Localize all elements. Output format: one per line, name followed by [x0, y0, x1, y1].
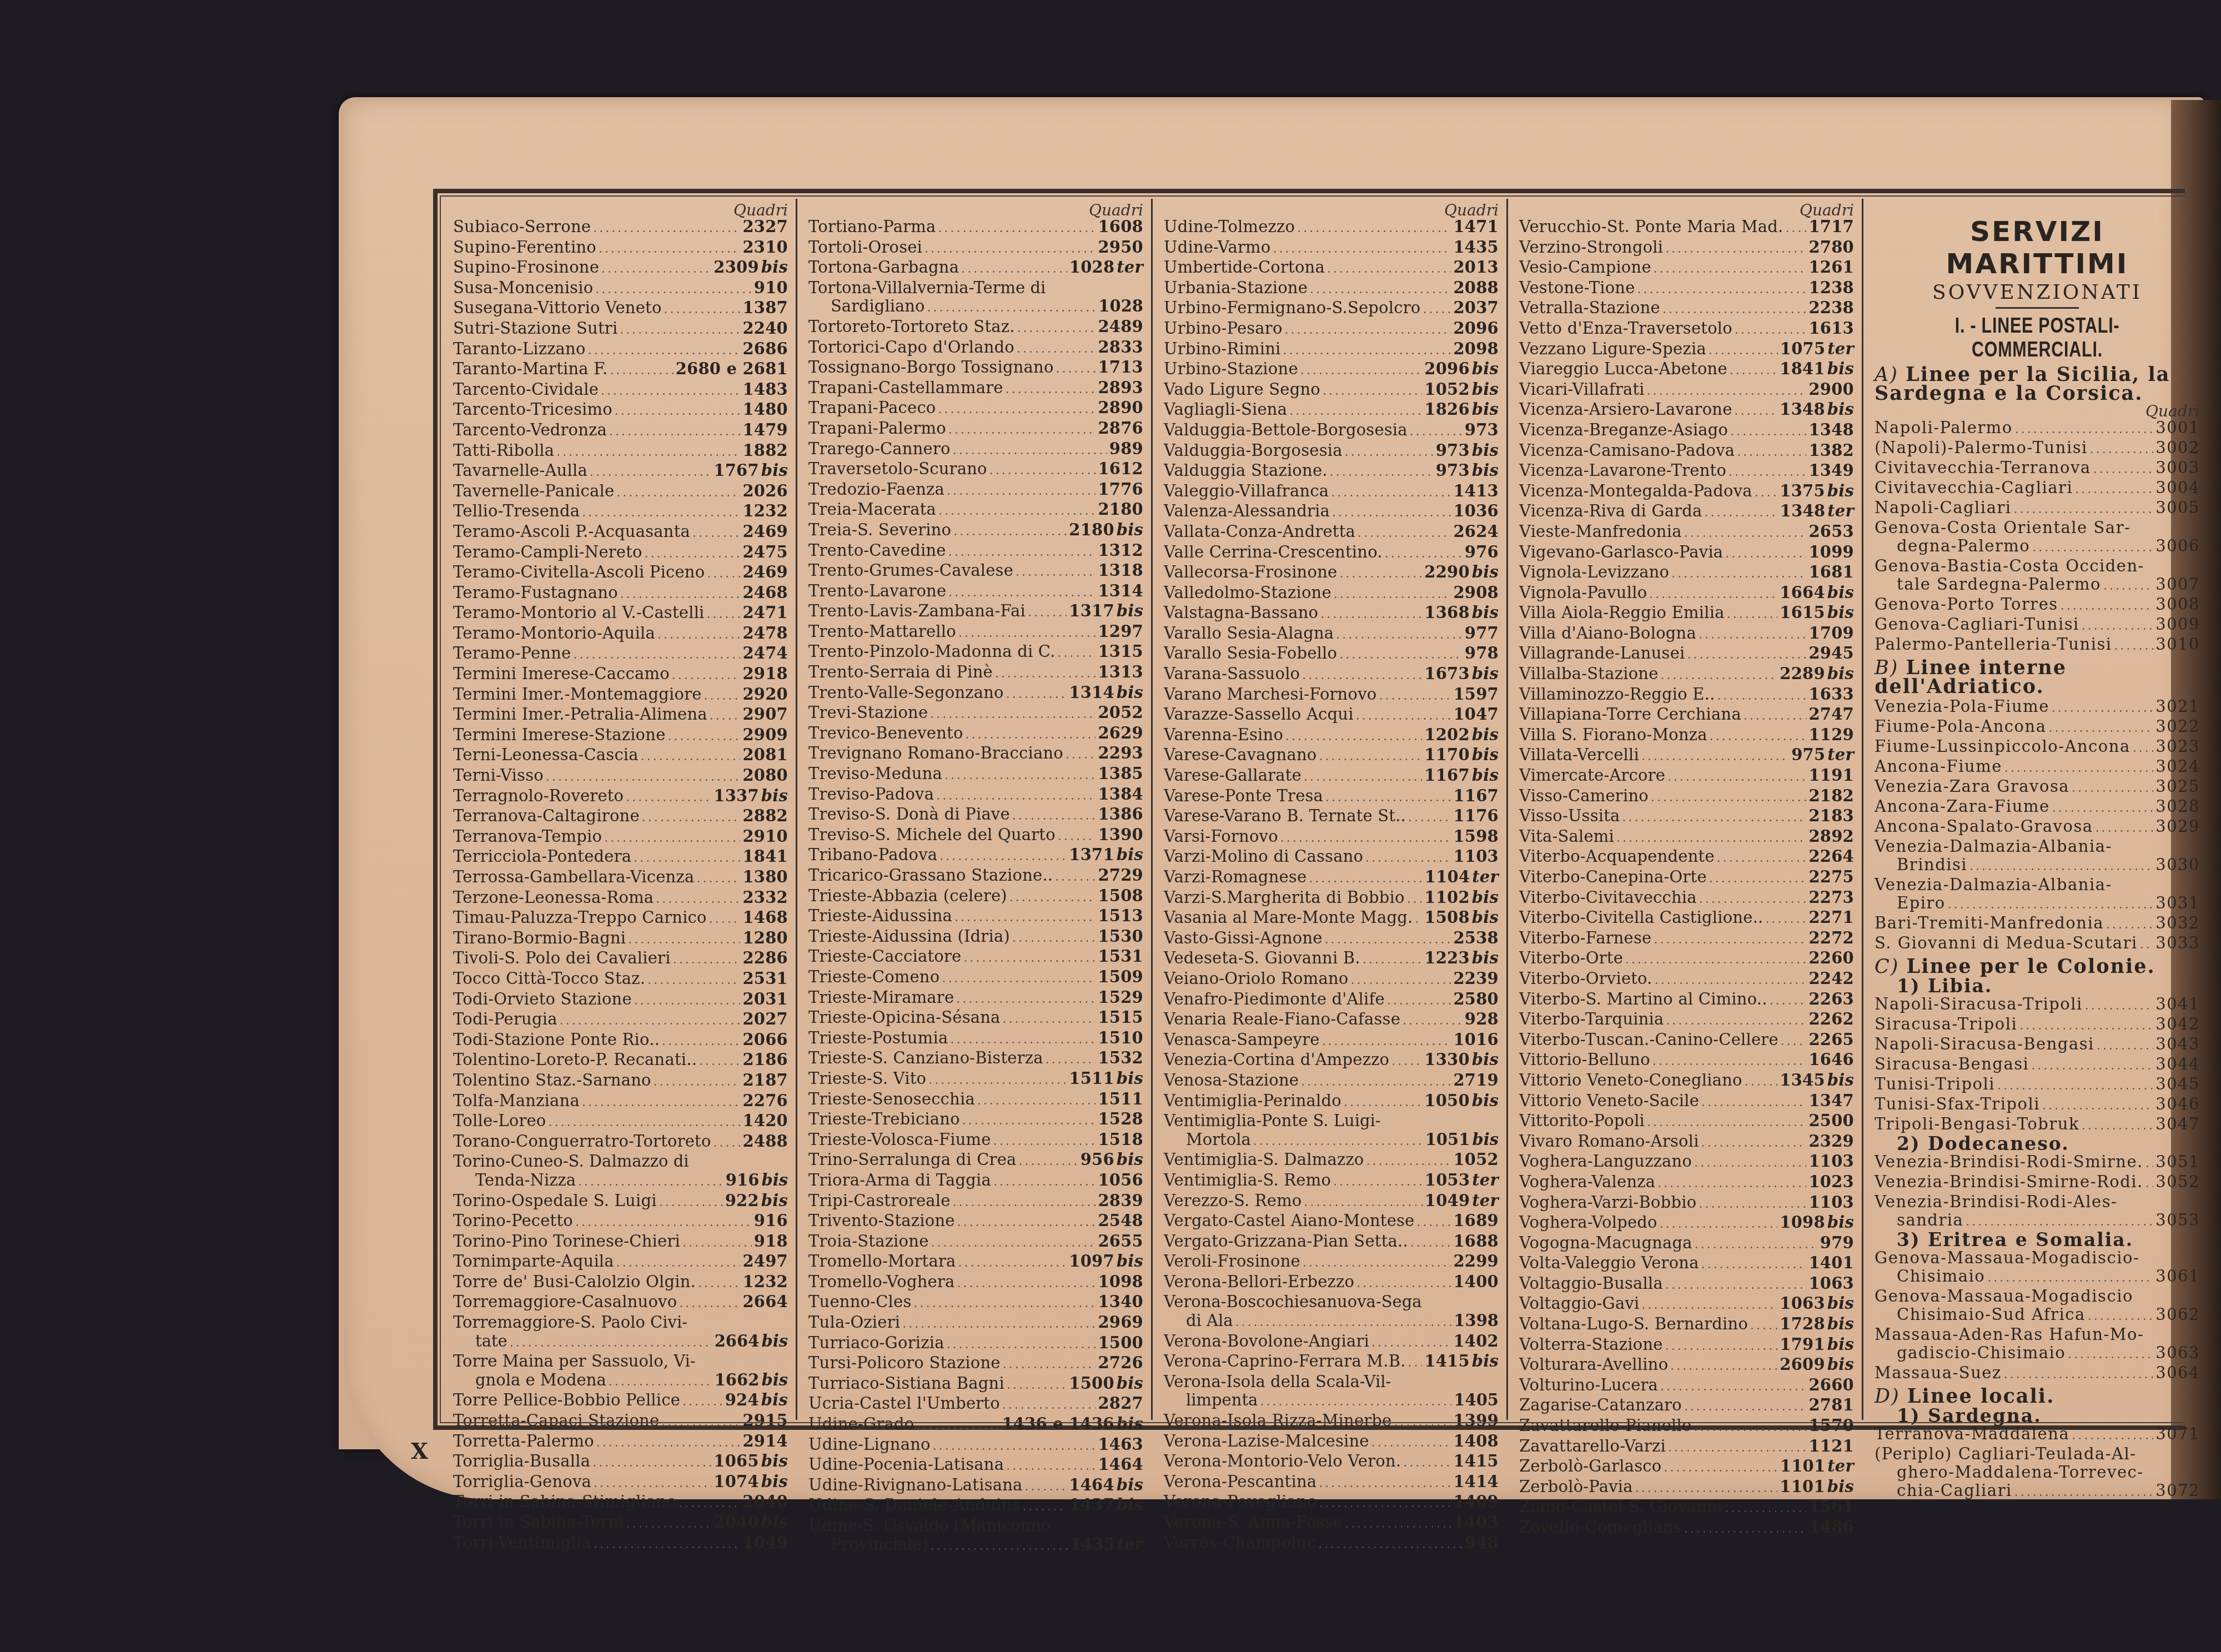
leader-dots: [626, 1515, 711, 1534]
index-entry: Napoli-Cagliari3005: [1875, 499, 2200, 519]
entry-name: Zavattarello-Varzi: [1519, 1437, 1666, 1456]
entry-table-number: 3033: [2155, 934, 2200, 952]
leader-dots: [1345, 1515, 1451, 1534]
entry-table-number: 2908: [1453, 584, 1499, 602]
leader-dots: [1622, 809, 1807, 827]
index-entry: Tuenno-Cles1340: [808, 1293, 1143, 1313]
leader-dots: [953, 1193, 1096, 1212]
entry-suffix: bis: [1472, 1092, 1499, 1111]
entry-table-number: 1597: [1453, 685, 1499, 704]
leader-dots: [2145, 1154, 2153, 1173]
leader-dots: [645, 545, 741, 564]
entry-name: Vedeseta-S. Giovanni B.: [1164, 949, 1360, 968]
leader-dots: [1730, 423, 1806, 441]
index-entry: Valledolmo-Stazione2908: [1164, 584, 1499, 604]
index-entry: Viterbo-Tarquinia2262: [1519, 1010, 1854, 1031]
leader-dots: [1655, 971, 1807, 990]
entry-name: Palermo-Pantelleria-Tunisi: [1875, 635, 2112, 654]
entry-table-number: 2531: [742, 970, 788, 988]
index-entry: Terni-Leonessa-Cascia2081: [453, 746, 788, 766]
index-entry: Trapani-Paceco2890: [808, 399, 1143, 419]
entry-suffix: bis: [1472, 380, 1499, 399]
leader-dots: [2140, 936, 2153, 954]
entry-name: Verzino-Strongoli: [1519, 238, 1663, 257]
entry-name: Viterbo-Tuscan.-Canino-Cellere: [1519, 1031, 1778, 1050]
leader-dots: [1028, 604, 1067, 622]
index-entry: Tavarnelle-Aulla1767bis: [453, 461, 788, 482]
entry-name: Venezia-Dalmazia-Albania-: [1875, 837, 2200, 856]
entry-table-number: 1530: [1098, 927, 1143, 946]
column-header-quadri: Quadri: [453, 203, 788, 218]
index-entry: Verona-S. Anna-Fosse1403: [1164, 1513, 1499, 1534]
leader-dots: [1737, 443, 1806, 462]
entry-table-number: 2918: [742, 665, 788, 684]
index-entry: Trieste-Aidussina1513: [808, 907, 1143, 927]
index-entry: Varese-Gallarate1167bis: [1164, 766, 1499, 787]
entry-table-number: 1371: [1069, 846, 1114, 865]
index-entry: Tarcento-Cividale1483: [453, 380, 788, 401]
entry-table-number: 2950: [1098, 238, 1143, 257]
leader-dots: [1699, 890, 1807, 909]
index-entry: Tromello-Voghera1098: [808, 1273, 1143, 1293]
entry-table-number: 2264: [1808, 847, 1854, 866]
entry-table-number: 1413: [1453, 482, 1499, 501]
entry-table-number: 1238: [1808, 279, 1854, 298]
index-entry: Genova-Costa Orientale Sar-degna-Palermo…: [1875, 519, 2200, 557]
maritime-group-heading: D) Linee locali.: [1875, 1387, 2200, 1406]
entry-name: Varsi-Fornovo: [1164, 827, 1278, 846]
index-entry: Visso-Camerino2182: [1519, 787, 1854, 807]
entry-table-number: 1437: [1069, 1496, 1114, 1515]
leader-dots: [2015, 420, 2153, 439]
leader-dots: [1786, 219, 1807, 238]
entry-table-number: 1598: [1453, 827, 1499, 846]
entry-table-number: 1056: [1098, 1171, 1143, 1190]
leader-dots: [1654, 260, 1807, 279]
leader-dots: [966, 726, 1096, 745]
entry-name: Siracusa-Tripoli: [1875, 1015, 2017, 1033]
entry-name: Venezia-Brindisi-Smirne-Rodi.: [1875, 1173, 2143, 1191]
leader-dots: [656, 890, 740, 909]
entry-name: Ucria-Castel l'Umberto: [808, 1394, 1000, 1413]
index-entry: Tortiano-Parma1608: [808, 218, 1143, 238]
maritime-title: SERVIZI MARITTIMI: [1875, 215, 2200, 280]
leader-dots: [1327, 260, 1451, 279]
leader-dots: [595, 280, 752, 299]
leader-dots: [1403, 1012, 1463, 1031]
entry-name-continued: Mortola: [1186, 1131, 1251, 1149]
index-entry: Trieste-S. Vito1511bis: [808, 1069, 1143, 1090]
entry-table-number: 1464: [1069, 1476, 1114, 1495]
entry-name: Trieste-Senosecchia: [808, 1090, 975, 1109]
maritime-subgroup-heading: 2) Dodecaneso.: [1875, 1135, 2200, 1153]
entry-name: Varese-Ponte Tresa: [1164, 787, 1323, 806]
entry-name: Torriglia-Genova: [453, 1473, 591, 1492]
leader-dots: [573, 646, 740, 665]
index-entry: Volturino-Lucera2660: [1519, 1376, 1854, 1397]
entry-name-continued: Sardigliano1028: [808, 297, 1143, 318]
maritime-groups: A) Linee per la Sicilia, la Sardegna e l…: [1875, 365, 2200, 1502]
leader-dots: [1671, 565, 1806, 584]
entry-name: Vesio-Campione: [1519, 258, 1651, 277]
index-entry: Teramo-Ascoli P.-Acquasanta2469: [453, 523, 788, 543]
entry-table-number: 1340: [1098, 1293, 1143, 1312]
leader-dots: [938, 400, 1096, 419]
entry-table-number: 2327: [742, 218, 788, 237]
index-entry: Ventimiglia-Perinaldo1050bis: [1164, 1092, 1499, 1112]
leader-dots: [1699, 1195, 1806, 1214]
index-entry: Vittorio-Belluno1646: [1519, 1051, 1854, 1071]
index-entry: Villapiana-Torre Cerchiana2747: [1519, 705, 1854, 726]
entry-table-number: 3005: [2155, 499, 2200, 517]
entry-table-number: 2907: [742, 705, 788, 724]
entry-table-number: 1051: [1425, 1131, 1470, 1149]
entry-table-number: 1315: [1098, 642, 1143, 661]
entry-suffix: bis: [1472, 665, 1499, 684]
entry-name: Tornimparte-Aquila: [453, 1252, 614, 1271]
entry-suffix: bis: [761, 258, 788, 277]
entry-name: Turriaco-Gorizia: [808, 1334, 944, 1353]
entry-table-number: 1098: [1098, 1273, 1143, 1292]
entry-name: Valduggia-Bettole-Borgosesia: [1164, 421, 1408, 440]
leader-dots: [616, 484, 740, 503]
leader-dots: [1694, 1154, 1806, 1173]
entry-table-number: 1368: [1424, 604, 1470, 622]
index-entry: Supino-Frosinone2309bis: [453, 258, 788, 279]
entry-table-number: 2876: [1098, 419, 1143, 438]
entry-name: Torino-Pino Torinese-Chieri: [453, 1232, 680, 1251]
entry-name-continued: degna-Palermo3006: [1875, 537, 2200, 557]
entry-suffix: bis: [1827, 1355, 1854, 1374]
index-entry: Termini Imer.-Petralia-Alimena2907: [453, 705, 788, 726]
entry-name: Udine-Lignano: [808, 1435, 931, 1454]
index-entry: Siracusa-Tripoli3042: [1875, 1015, 2200, 1035]
entry-name: Viterbo-Orte: [1519, 949, 1623, 968]
entry-table-number: 3032: [2155, 914, 2200, 932]
entry-name: Terragnolo-Rovereto: [453, 787, 624, 806]
leader-dots: [2052, 699, 2153, 717]
entry-table-number: 2655: [1098, 1232, 1143, 1251]
index-entry: Genova-Massaua-Mogadiscio-Chisimaio3061: [1875, 1249, 2200, 1287]
entry-table-number: 977: [1465, 624, 1499, 643]
index-entry: Vergato-Grizzana-Pian Setta..1688: [1164, 1232, 1499, 1253]
index-entry: Trieste-Postumia1510: [808, 1029, 1143, 1050]
entry-table-number: 1103: [1808, 1152, 1854, 1171]
leader-dots: [1002, 1396, 1096, 1415]
leader-dots: [2090, 440, 2153, 459]
index-entry: Tatti-Ribolla1882: [453, 441, 788, 462]
index-entry: Varese-Varano B. Ternate St..1176: [1164, 807, 1499, 827]
entry-table-number: 1436 e 1436: [1002, 1415, 1114, 1434]
index-entry: Treia-Macerata2180: [808, 500, 1143, 521]
leader-dots: [1303, 1254, 1451, 1273]
entry-name-continued: sandria: [1897, 1211, 1963, 1229]
index-entry: Vesio-Campione1261: [1519, 258, 1854, 279]
entry-name: Napoli-Palermo: [1875, 419, 2013, 437]
leader-dots: [1668, 1439, 1806, 1458]
index-entry: Valduggia-Bettole-Borgosesia973: [1164, 421, 1499, 441]
index-entry: Ancona-Zara-Fiume3028: [1875, 797, 2200, 817]
leader-dots: [961, 260, 1067, 279]
entry-table-number: 1049: [1425, 1192, 1470, 1211]
index-entry: Trento-Cavedine1312: [808, 541, 1143, 562]
leader-dots: [2093, 460, 2154, 479]
leader-dots: [647, 971, 740, 990]
index-entry: Tossignano-Borgo Tossignano1713: [808, 358, 1143, 379]
entry-name-continued: sandria3053: [1875, 1211, 2200, 1231]
entry-name: Tromello-Mortara: [808, 1252, 956, 1271]
entry-table-number: 3010: [2155, 635, 2200, 654]
entry-name-continued: chia-Cagliari: [1897, 1482, 2012, 1500]
entry-table-number: 1102: [1424, 888, 1470, 907]
entry-name-continued: Epiro: [1897, 894, 1946, 912]
leader-dots: [1664, 1459, 1777, 1478]
entry-name: Torri in Sabina-Stimigliano: [453, 1493, 676, 1512]
index-entry: Vogogna-Macugnaga979: [1519, 1234, 1854, 1254]
entry-name: Verona-S. Anna-Fosse: [1164, 1513, 1343, 1532]
leader-dots: [1023, 1498, 1067, 1517]
index-entry: Venafro-Piedimonte d'Alife2580: [1164, 990, 1499, 1011]
entry-suffix: bis: [1117, 1252, 1143, 1271]
entry-name-continued: Brindisi3030: [1875, 856, 2200, 876]
index-table-frame: Quadri Subiaco-Serrone2327Supino-Ferenti…: [433, 189, 2185, 1430]
index-entry: Tortoli-Orosei2950: [808, 238, 1143, 259]
leader-dots: [1687, 646, 1807, 665]
index-entry: Trapani-Palermo2876: [808, 419, 1143, 440]
entry-table-number: 3043: [2155, 1035, 2200, 1053]
maritime-subgroup-heading: 1) Libia.: [1875, 977, 2200, 995]
entry-table-number: 1415: [1424, 1352, 1470, 1371]
entry-table-number: 3001: [2155, 419, 2200, 437]
entry-table-number: 973: [1465, 421, 1499, 440]
leader-dots: [1415, 910, 1422, 929]
entry-suffix: bis: [1827, 400, 1854, 419]
entry-table-number: 948: [1465, 1534, 1499, 1553]
leader-dots: [1755, 484, 1777, 503]
entry-name: Napoli-Siracusa-Tripoli: [1875, 995, 2083, 1013]
index-entry: Trento-Lavarone1314: [808, 582, 1143, 602]
entry-name: Tellio-Tresenda: [453, 502, 580, 521]
index-entry: Verezzo-S. Remo1049ter: [1164, 1192, 1499, 1212]
entry-name: Varzi-Molino di Cassano: [1164, 847, 1363, 866]
entry-table-number: 922: [725, 1192, 759, 1211]
entry-name: Vicari-Villafrati: [1519, 380, 1645, 399]
index-entry: Treviso-Padova1384: [808, 785, 1143, 806]
maritime-subtitle: SOVVENZIONATI: [1875, 281, 2200, 304]
leader-dots: [1735, 402, 1778, 421]
entry-table-number: 1028: [1069, 258, 1115, 277]
entry-table-number: 1297: [1098, 622, 1143, 641]
entry-suffix: bis: [1827, 1294, 1854, 1313]
group-letter: A): [1875, 364, 1906, 386]
entry-name: Torre de' Busi-Calolzio Olgin.: [453, 1273, 696, 1292]
entry-table-number: 1664: [1780, 584, 1825, 602]
entry-name: Villa S. Fiorano-Monza: [1519, 726, 1707, 745]
index-entry: Trieste-Trebiciano1528: [808, 1110, 1143, 1131]
entry-table-number: 3003: [2155, 459, 2200, 477]
entry-table-number: 1028: [1098, 297, 1143, 316]
index-entry: Varsi-Fornovo1598: [1164, 827, 1499, 848]
leader-dots: [1325, 931, 1451, 950]
index-entry: Teramo-Montorio al V.-Castelli2471: [453, 604, 788, 624]
entry-name: Udine-Grado: [808, 1415, 914, 1434]
index-entry: Udine-S. Osvaldo (ManicomioProvinciale)1…: [808, 1517, 1143, 1555]
entry-table-number: 2680 e 2681: [676, 360, 788, 379]
leader-dots: [1394, 1413, 1451, 1432]
entry-suffix: bis: [1117, 846, 1143, 865]
entry-name: Tromello-Voghera: [808, 1273, 955, 1292]
leader-dots: [1781, 1032, 1807, 1051]
index-entry: Massaua-Aden-Ras Hafun-Mo-gadiscio-Chisi…: [1875, 1325, 2200, 1364]
leader-dots: [1055, 868, 1096, 887]
index-entry: Viterbo-Civitella Castiglione..2271: [1519, 908, 1854, 929]
leader-dots: [682, 1393, 723, 1412]
index-entry: Vimercate-Arcore1191: [1519, 766, 1854, 787]
entry-table-number: 975: [1791, 746, 1825, 765]
index-entry: Valduggia Stazione.973bis: [1164, 461, 1499, 482]
entry-table-number: 1349: [1808, 461, 1854, 480]
entry-table-number: 1681: [1808, 563, 1854, 582]
leader-dots: [977, 1092, 1096, 1111]
entry-suffix: bis: [1827, 1213, 1854, 1232]
entry-name: Valle Cerrina-Crescentino.: [1164, 543, 1383, 562]
leader-dots: [609, 423, 740, 441]
entry-table-number: 916: [726, 1171, 760, 1190]
index-entry: Trieste-Opicina-Sésana1515: [808, 1008, 1143, 1029]
leader-dots: [1066, 746, 1096, 765]
entry-table-number: 1531: [1098, 947, 1143, 966]
index-entry: Vigevano-Garlasco-Pavia1099: [1519, 543, 1854, 564]
entry-suffix: bis: [761, 1332, 788, 1351]
leader-dots: [662, 1032, 740, 1051]
index-entry: Subiaco-Serrone2327: [453, 218, 788, 238]
entry-name: Verucchio-St. Ponte Maria Mad.: [1519, 218, 1783, 237]
index-entry: Valenza-Alessandria1036: [1164, 502, 1499, 523]
index-entry: Genova-Porto Torres3008: [1875, 595, 2200, 615]
entry-table-number: 2052: [1098, 704, 1143, 722]
leader-dots: [1300, 361, 1423, 380]
entry-name-continued: Chisimaio3061: [1875, 1267, 2200, 1287]
leader-dots: [1730, 361, 1777, 380]
entry-name: Trento-Mattarello: [808, 622, 956, 641]
index-entry: Vicenza-Breganze-Asiago1348: [1519, 421, 1854, 441]
index-entry: Ventimiglia-Ponte S. Luigi-Mortola1051bi…: [1164, 1112, 1499, 1151]
index-entry: Urbino-Fermignano-S.Sepolcro2037: [1164, 299, 1499, 319]
entry-name-continued: Sardigliano: [831, 297, 924, 316]
index-entry: Verona-Boscochiesanuova-Segadi Ala1398: [1164, 1293, 1499, 1332]
index-entry: Massaua-Suez3064: [1875, 1364, 2200, 1384]
entry-name: Massaua-Aden-Ras Hafun-Mo-: [1875, 1325, 2200, 1344]
entry-name: Vallata-Conza-Andretta: [1164, 523, 1355, 541]
index-entry: Villa Aiola-Reggio Emilia1615bis: [1519, 604, 1854, 624]
entry-name: Verezzo-S. Remo: [1164, 1192, 1302, 1211]
leader-dots: [1331, 484, 1451, 503]
entry-name: Voghera-Varzi-Bobbio: [1519, 1193, 1696, 1212]
entry-name: Vogogna-Macugnaga: [1519, 1234, 1692, 1253]
entry-table-number: 1508: [1098, 887, 1143, 906]
entry-name: Trieste-Aidussina: [808, 907, 952, 926]
leader-dots: [1235, 1313, 1452, 1332]
entry-name: Voghera-Languzzano: [1519, 1152, 1692, 1171]
leader-dots: [582, 1093, 741, 1112]
entry-name: Villalba-Stazione: [1519, 665, 1659, 684]
entry-name: Zerbolò-Garlasco: [1519, 1457, 1661, 1476]
index-entry: Zavattarello-Pianello1570: [1519, 1417, 1854, 1437]
entry-name: Tossignano-Borgo Tossignano: [808, 358, 1054, 377]
entry-suffix: bis: [1472, 563, 1499, 582]
leader-dots: [1006, 380, 1096, 399]
entry-name: Teramo-Ascoli P.-Acquasanta: [453, 523, 690, 541]
index-entry: Visso-Ussita2183: [1519, 807, 1854, 827]
entry-table-number: 1435: [1070, 1535, 1115, 1554]
entry-table-number: 1561: [1808, 1498, 1854, 1517]
leader-dots: [1012, 807, 1096, 826]
entry-suffix: bis: [1472, 1352, 1499, 1371]
leader-dots: [1339, 646, 1463, 665]
entry-table-number: 3030: [2155, 856, 2200, 874]
leader-dots: [2004, 759, 2153, 777]
leader-dots: [1323, 382, 1422, 401]
leader-dots: [620, 321, 740, 340]
index-entry: Terni-Visso2080: [453, 766, 788, 787]
index-entry: Vado Ligure Segno1052bis: [1164, 380, 1499, 401]
leader-dots: [1322, 1032, 1451, 1051]
entry-table-number: 924: [725, 1391, 759, 1410]
leader-dots: [1016, 563, 1096, 582]
entry-name: Triora-Arma di Taggia: [808, 1171, 991, 1190]
entry-table-number: 3024: [2155, 757, 2200, 776]
leader-dots: [1297, 219, 1451, 238]
index-entry: Tula-Ozieri2969: [808, 1313, 1143, 1334]
entry-name: Treia-S. Severino: [808, 521, 951, 540]
index-entry: Tribano-Padova1371bis: [808, 846, 1143, 866]
entry-table-number: 2893: [1098, 379, 1143, 398]
index-entry: Udine-Grado1436 e 1436bis: [808, 1415, 1143, 1435]
index-entry: Torretta-Palermo2914: [453, 1432, 788, 1453]
leader-dots: [682, 1234, 752, 1253]
entry-name: Tula-Ozieri: [808, 1313, 900, 1332]
entry-table-number: 2686: [742, 340, 788, 359]
entry-table-number: 2040: [713, 1513, 759, 1532]
leader-dots: [546, 768, 741, 787]
leader-dots: [592, 1454, 711, 1473]
index-entry: Vittorio Veneto-Sacile1347: [1519, 1092, 1854, 1112]
index-entry: Varese-Cavagnano1170bis: [1164, 746, 1499, 766]
index-entry: Tarcento-Tricesimo1480: [453, 400, 788, 421]
index-entry: Viterbo-Canepina-Orte2275: [1519, 868, 1854, 888]
leader-dots: [1260, 1393, 1451, 1412]
entry-name-continued: gnola e Modena: [475, 1371, 606, 1390]
entry-table-number: 1052: [1453, 1151, 1499, 1169]
entry-suffix: bis: [1472, 360, 1499, 379]
entry-table-number: 3042: [2155, 1015, 2200, 1033]
entry-suffix: bis: [1472, 1051, 1499, 1069]
leader-dots: [2061, 597, 2153, 615]
entry-name: Ancona-Zara-Fiume: [1875, 797, 2050, 816]
entry-name: Trieste-S. Vito: [808, 1069, 926, 1088]
entry-table-number: 1065: [713, 1452, 759, 1471]
entry-name: Venezia-Zara Gravosa: [1875, 777, 2069, 796]
leader-dots: [958, 624, 1096, 643]
entry-name: Termini Imerese-Stazione: [453, 726, 666, 745]
index-columns: Quadri Subiaco-Serrone2327Supino-Ferenti…: [442, 199, 2185, 1420]
index-entry: Zovello-Comeglians1486: [1519, 1518, 1854, 1539]
index-entry: Voghera-Valenza1023: [1519, 1173, 1854, 1193]
entry-table-number: 2664: [715, 1332, 760, 1351]
entry-table-number: 1841: [742, 847, 788, 866]
leader-dots: [1283, 342, 1451, 360]
index-column-body: Subiaco-Serrone2327Supino-Ferentino2310S…: [453, 218, 788, 1554]
